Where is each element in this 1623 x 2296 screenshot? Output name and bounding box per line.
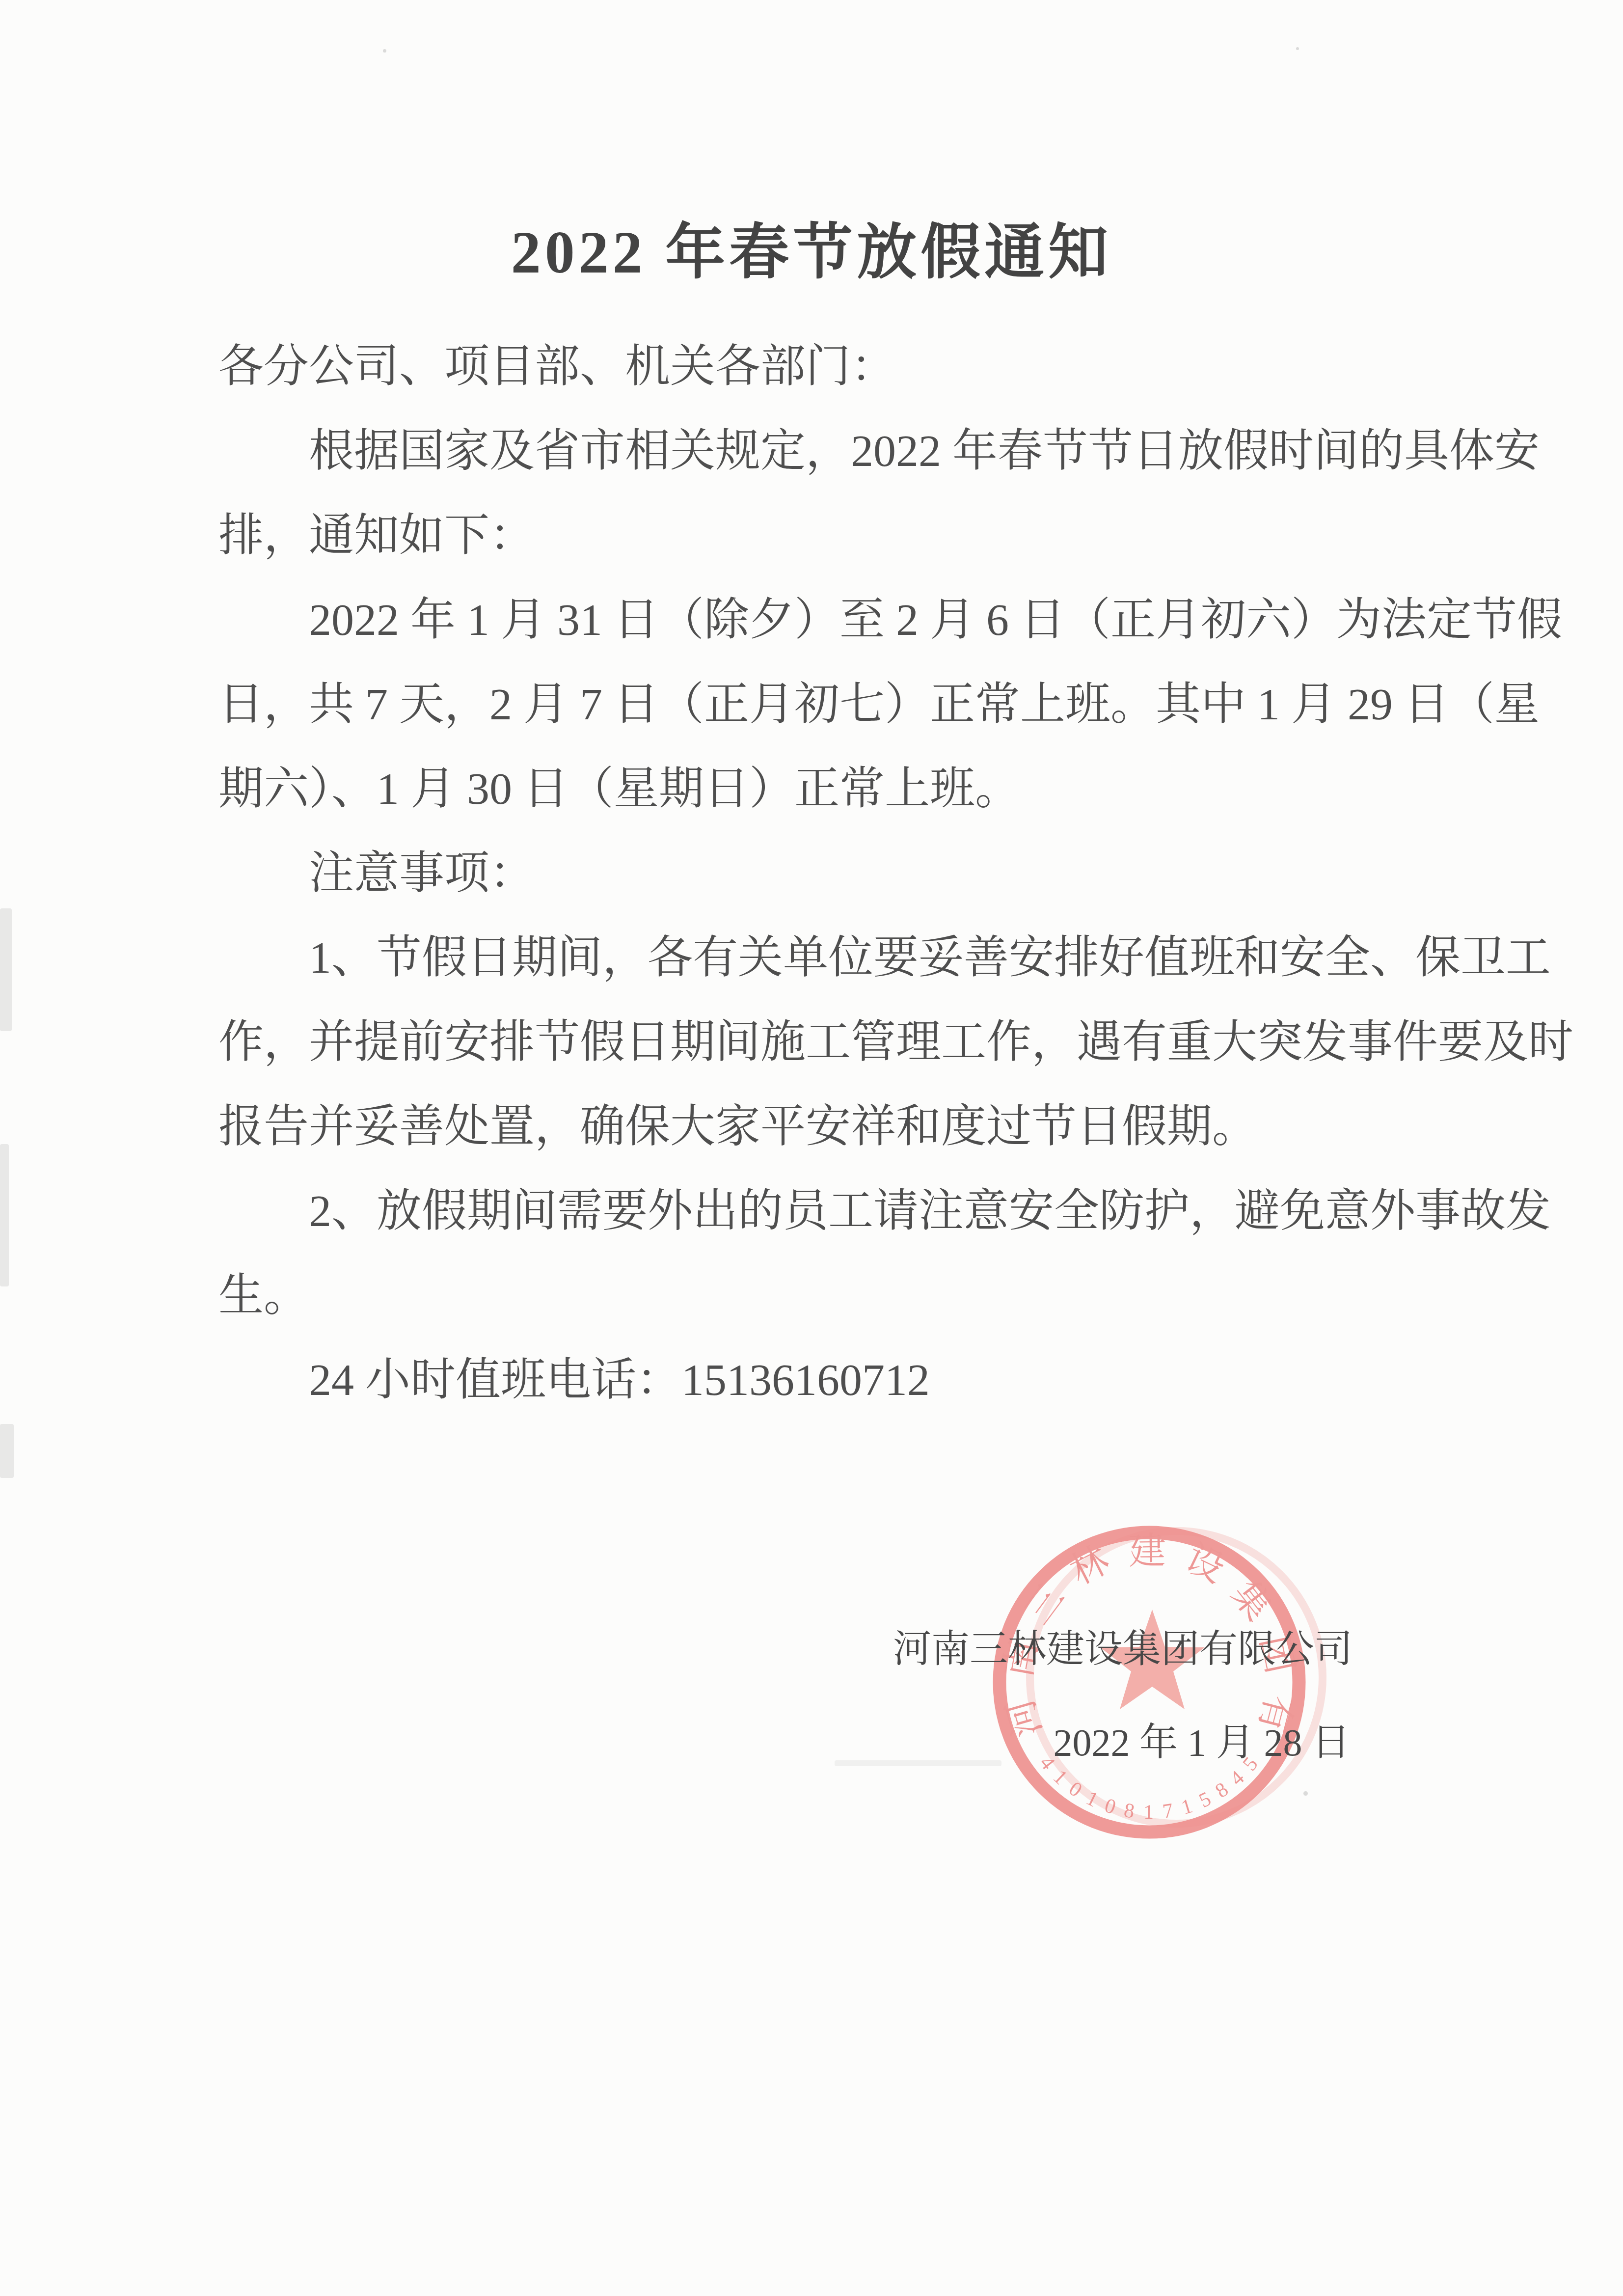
body-line-text: 期六）、1 月 30 日（星期日）正常上班。 <box>218 764 1020 814</box>
signature-company: 河南三林建设集团有限公司 <box>893 1618 1352 1673</box>
body-line-text: 生。 <box>218 1270 309 1320</box>
body-line: 生。 <box>218 1253 1416 1338</box>
body-line-text: 2022 年 1 月 31 日（除夕）至 2 月 6 日（正月初六）为法定节假 <box>309 595 1562 645</box>
body-line-text: 注意事项： <box>309 848 535 898</box>
document-page: 2022 年春节放假通知 各分公司、项目部、机关各部门： 根据国家及省市相关规定… <box>0 0 1623 2296</box>
scan-artifact <box>0 1144 9 1286</box>
body-line: 1、节假日期间，各有关单位要妥善安排好值班和安全、保卫工 <box>218 915 1416 1000</box>
body-line: 期六）、1 月 30 日（星期日）正常上班。 <box>218 746 1416 831</box>
seal-ring <box>1000 1532 1299 1832</box>
seal-ghost-ring <box>1030 1531 1323 1824</box>
body-line-text: 作，并提前安排节假日期间施工管理工作，遇有重大突发事件要及时 <box>218 1017 1573 1067</box>
scan-artifact <box>383 49 386 53</box>
signature-date: 2022 年 1 月 28 日 <box>1053 1712 1350 1767</box>
salutation-line: 各分公司、项目部、机关各部门： <box>218 324 1416 409</box>
scan-artifact <box>0 908 12 1031</box>
body-line-text: 2、放假期间需要外出的员工请注意安全防护，避免意外事故发 <box>309 1186 1551 1236</box>
body-line: 排，通知如下： <box>218 493 1416 577</box>
body-line: 报告并妥善处置，确保大家平安祥和度过节日假期。 <box>218 1084 1416 1169</box>
document-title: 2022 年春节放假通知 <box>0 220 1623 286</box>
company-seal: 河南三林建设集团有限公司 4101081715845 <box>982 1515 1336 1859</box>
body-line-text: 排，通知如下： <box>218 510 535 560</box>
body-line: 根据国家及省市相关规定，2022 年春节节日放假时间的具体安 <box>218 409 1416 493</box>
body-line-text: 日，共 7 天，2 月 7 日（正月初七）正常上班。其中 1 月 29 日（星 <box>218 679 1540 729</box>
body-line: 作，并提前安排节假日期间施工管理工作，遇有重大突发事件要及时 <box>218 1000 1416 1084</box>
body-line: 日，共 7 天，2 月 7 日（正月初七）正常上班。其中 1 月 29 日（星 <box>218 662 1416 746</box>
body-line-text: 根据国家及省市相关规定，2022 年春节节日放假时间的具体安 <box>309 426 1540 476</box>
body-line-list: 根据国家及省市相关规定，2022 年春节节日放假时间的具体安 排，通知如下： 2… <box>218 409 1416 1422</box>
body-line: 2、放假期间需要外出的员工请注意安全防护，避免意外事故发 <box>218 1169 1416 1253</box>
body-line: 24 小时值班电话：15136160712 <box>218 1338 1416 1422</box>
body-line-text: 1、节假日期间，各有关单位要妥善安排好值班和安全、保卫工 <box>309 932 1551 983</box>
body-line-text: 报告并妥善处置，确保大家平安祥和度过节日假期。 <box>218 1101 1257 1151</box>
scan-artifact <box>835 1760 1001 1766</box>
document-body: 各分公司、项目部、机关各部门： 根据国家及省市相关规定，2022 年春节节日放假… <box>218 324 1416 1422</box>
body-line: 2022 年 1 月 31 日（除夕）至 2 月 6 日（正月初六）为法定节假 <box>218 577 1416 662</box>
body-line-text: 24 小时值班电话：15136160712 <box>309 1355 930 1405</box>
scan-artifact <box>0 1424 14 1478</box>
body-line: 注意事项： <box>218 831 1416 915</box>
scan-artifact <box>1303 1791 1308 1796</box>
scan-artifact <box>1296 47 1299 50</box>
